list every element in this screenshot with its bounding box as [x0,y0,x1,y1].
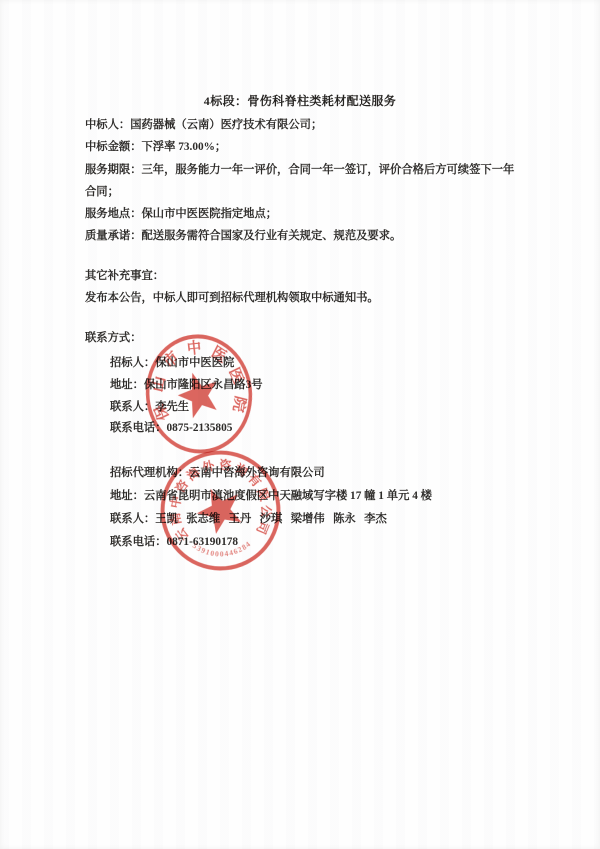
star-icon [173,366,224,421]
award-section: 中标人：国药器械（云南）医疗技术有限公司； 中标金额：下浮率 73.00%； 服… [85,114,516,248]
star-icon [190,479,249,537]
supplement-body: 发布本公告，中标人即可到招标代理机构领取中标通知书。 [85,288,516,310]
supplement-heading: 其它补充事宜： [85,266,516,288]
contact-heading: 联系方式： [85,329,142,345]
agency-seal-code: 5391000446284 [190,536,253,561]
service-term-line: 服务期限：三年，服务能力一年一评价，合同一年一签订，评价合格后方可续签下一年合同… [85,159,516,204]
supplement-section: 其它补充事宜： 发布本公告，中标人即可到招标代理机构领取中标通知书。 [85,266,516,309]
award-winner-line: 中标人：国药器械（云南）医疗技术有限公司； [85,114,516,136]
document-page: 4标段：骨伤科脊柱类耗材配送服务 中标人：国药器械（云南）医疗技术有限公司； 中… [0,0,600,849]
svg-text:5391000446284: 5391000446284 [190,536,253,561]
agency-seal-stamp: 云南中咨海外咨询有限公司 5391000446284 [152,442,290,580]
award-amount-line: 中标金额：下浮率 73.00%； [85,136,516,158]
hospital-seal-stamp: 保山市中医医院 [136,324,263,463]
service-place-line: 服务地点：保山市中医医院指定地点； [85,203,516,225]
page-title: 4标段：骨伤科脊柱类耗材配送服务 [0,92,600,109]
quality-promise-line: 质量承诺：配送服务需符合国家及行业有关规定、规范及要求。 [85,225,516,247]
